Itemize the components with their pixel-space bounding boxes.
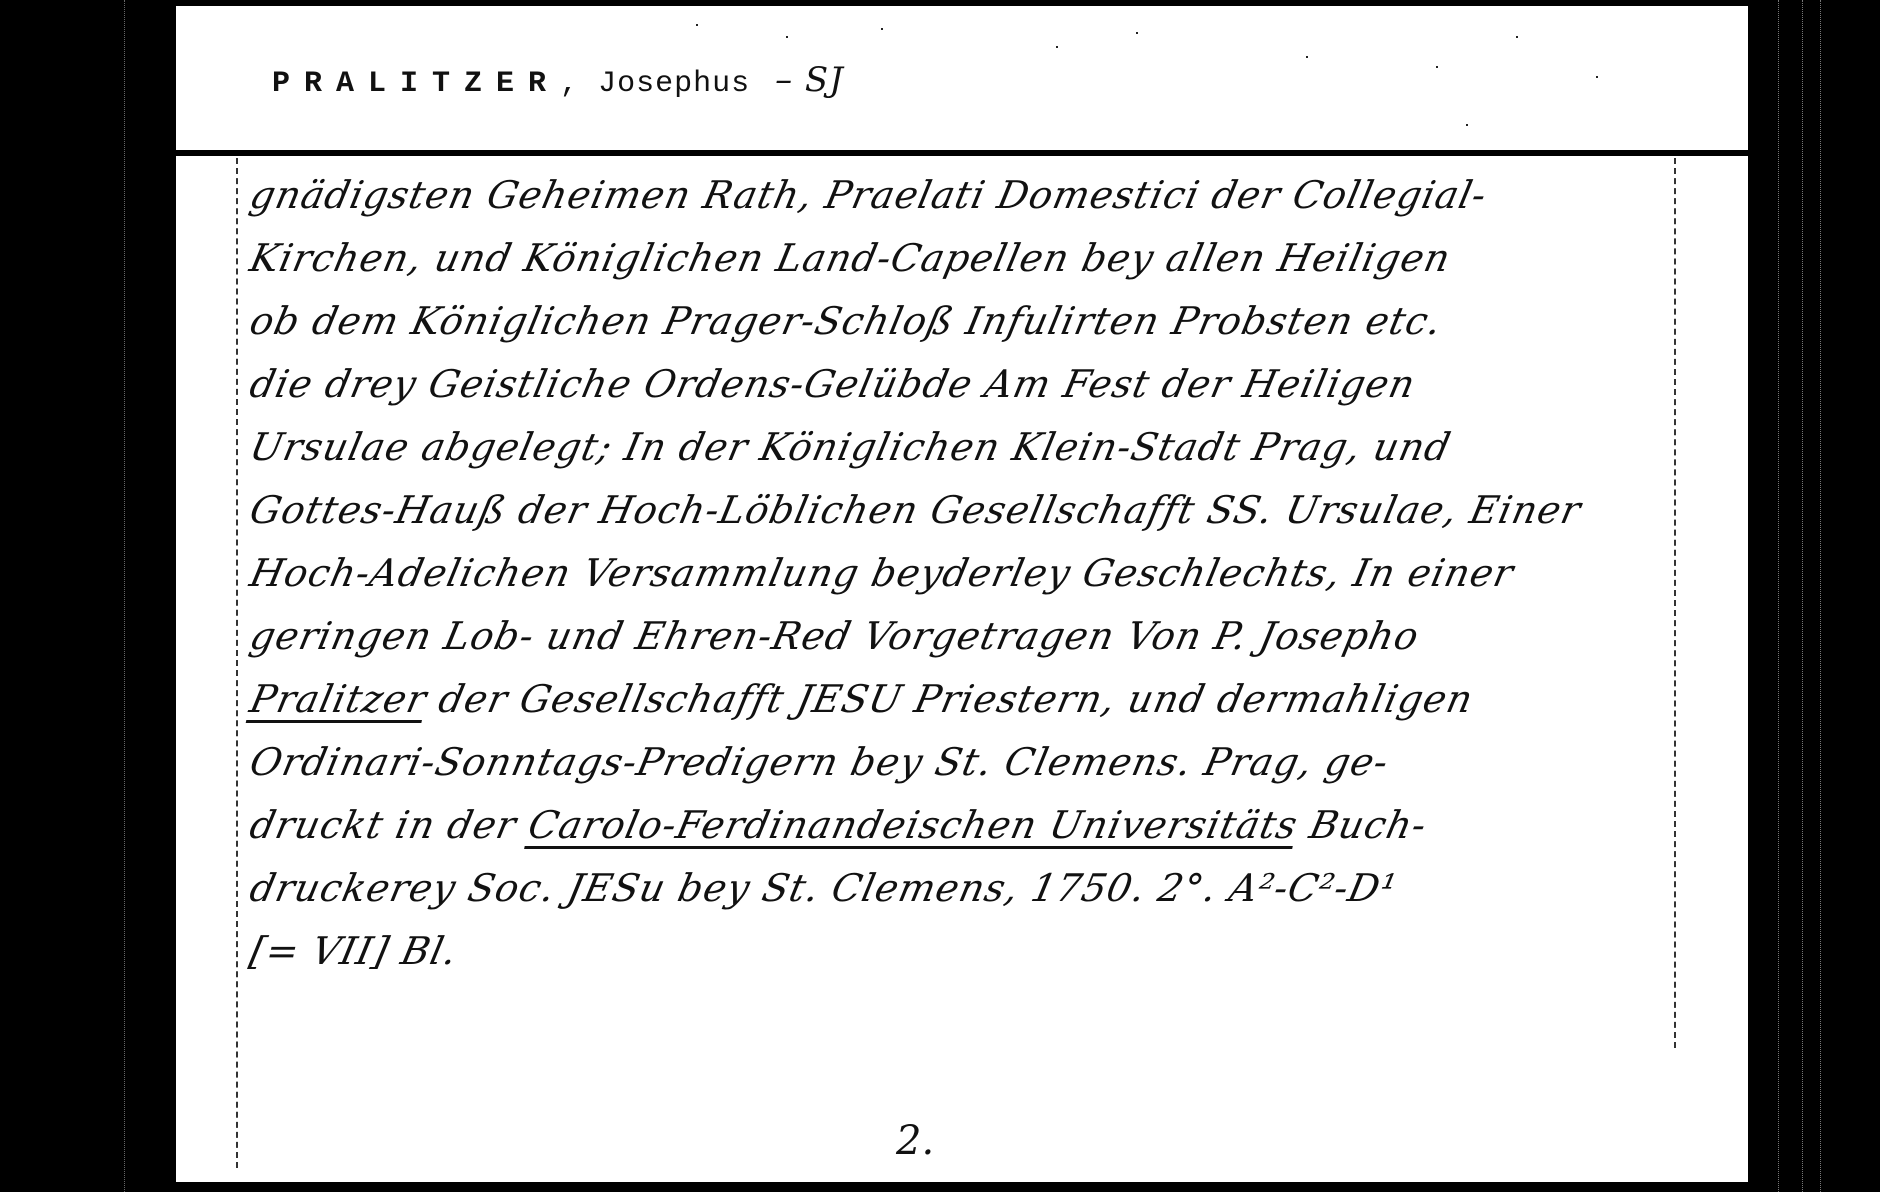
entry-line: [= VII] Bl.: [244, 920, 1677, 983]
entry-line: Hoch-Adelichen Versammlung beyderley Ges…: [244, 542, 1677, 605]
entry-line: ob dem Königlichen Prager-Schloß Infulir…: [244, 290, 1677, 353]
entry-line: geringen Lob- und Ehren-Red Vorgetragen …: [244, 605, 1677, 668]
entry-line: gnädigsten Geheimen Rath, Praelati Domes…: [244, 164, 1677, 227]
card-header: PRALITZER, Josephus – SJ: [176, 6, 1748, 150]
scan-border-right: [1768, 0, 1880, 1192]
header-rule: [176, 150, 1748, 156]
entry-line: Ordinari-Sonntags-Predigern bey St. Clem…: [244, 731, 1677, 794]
entry-line: Pralitzer der Gesellschafft JESU Prieste…: [244, 668, 1677, 731]
given-name: Josephus: [598, 67, 750, 101]
entry-line: druckerey Soc. JESu bey St. Clemens, 175…: [244, 857, 1677, 920]
name-separator: ,: [560, 67, 579, 101]
underlined-text: Pralitzer: [246, 677, 431, 721]
page-number: 2.: [896, 1118, 934, 1164]
entry-line: die drey Geistliche Ordens-Gelübde Am Fe…: [244, 353, 1677, 416]
entry-line: Gottes-Hauß der Hoch-Löblichen Gesellsch…: [244, 479, 1677, 542]
entry-line: Kirchen, und Königlichen Land-Capellen b…: [244, 227, 1677, 290]
entry-line: Ursulae abgelegt; In der Königlichen Kle…: [244, 416, 1677, 479]
surname: PRALITZER: [272, 67, 560, 101]
index-card: PRALITZER, Josephus – SJ gnädigsten Gehe…: [176, 6, 1748, 1182]
handwritten-entry: gnädigsten Geheimen Rath, Praelati Domes…: [244, 164, 1664, 983]
left-margin-line: [236, 158, 238, 1168]
author-heading: PRALITZER, Josephus – SJ: [272, 60, 844, 101]
entry-line: druckt in der Carolo-Ferdinandeischen Un…: [244, 794, 1677, 857]
order-suffix: – SJ: [775, 60, 844, 100]
underlined-text: Carolo-Ferdinandeischen Universitäts: [525, 803, 1302, 847]
